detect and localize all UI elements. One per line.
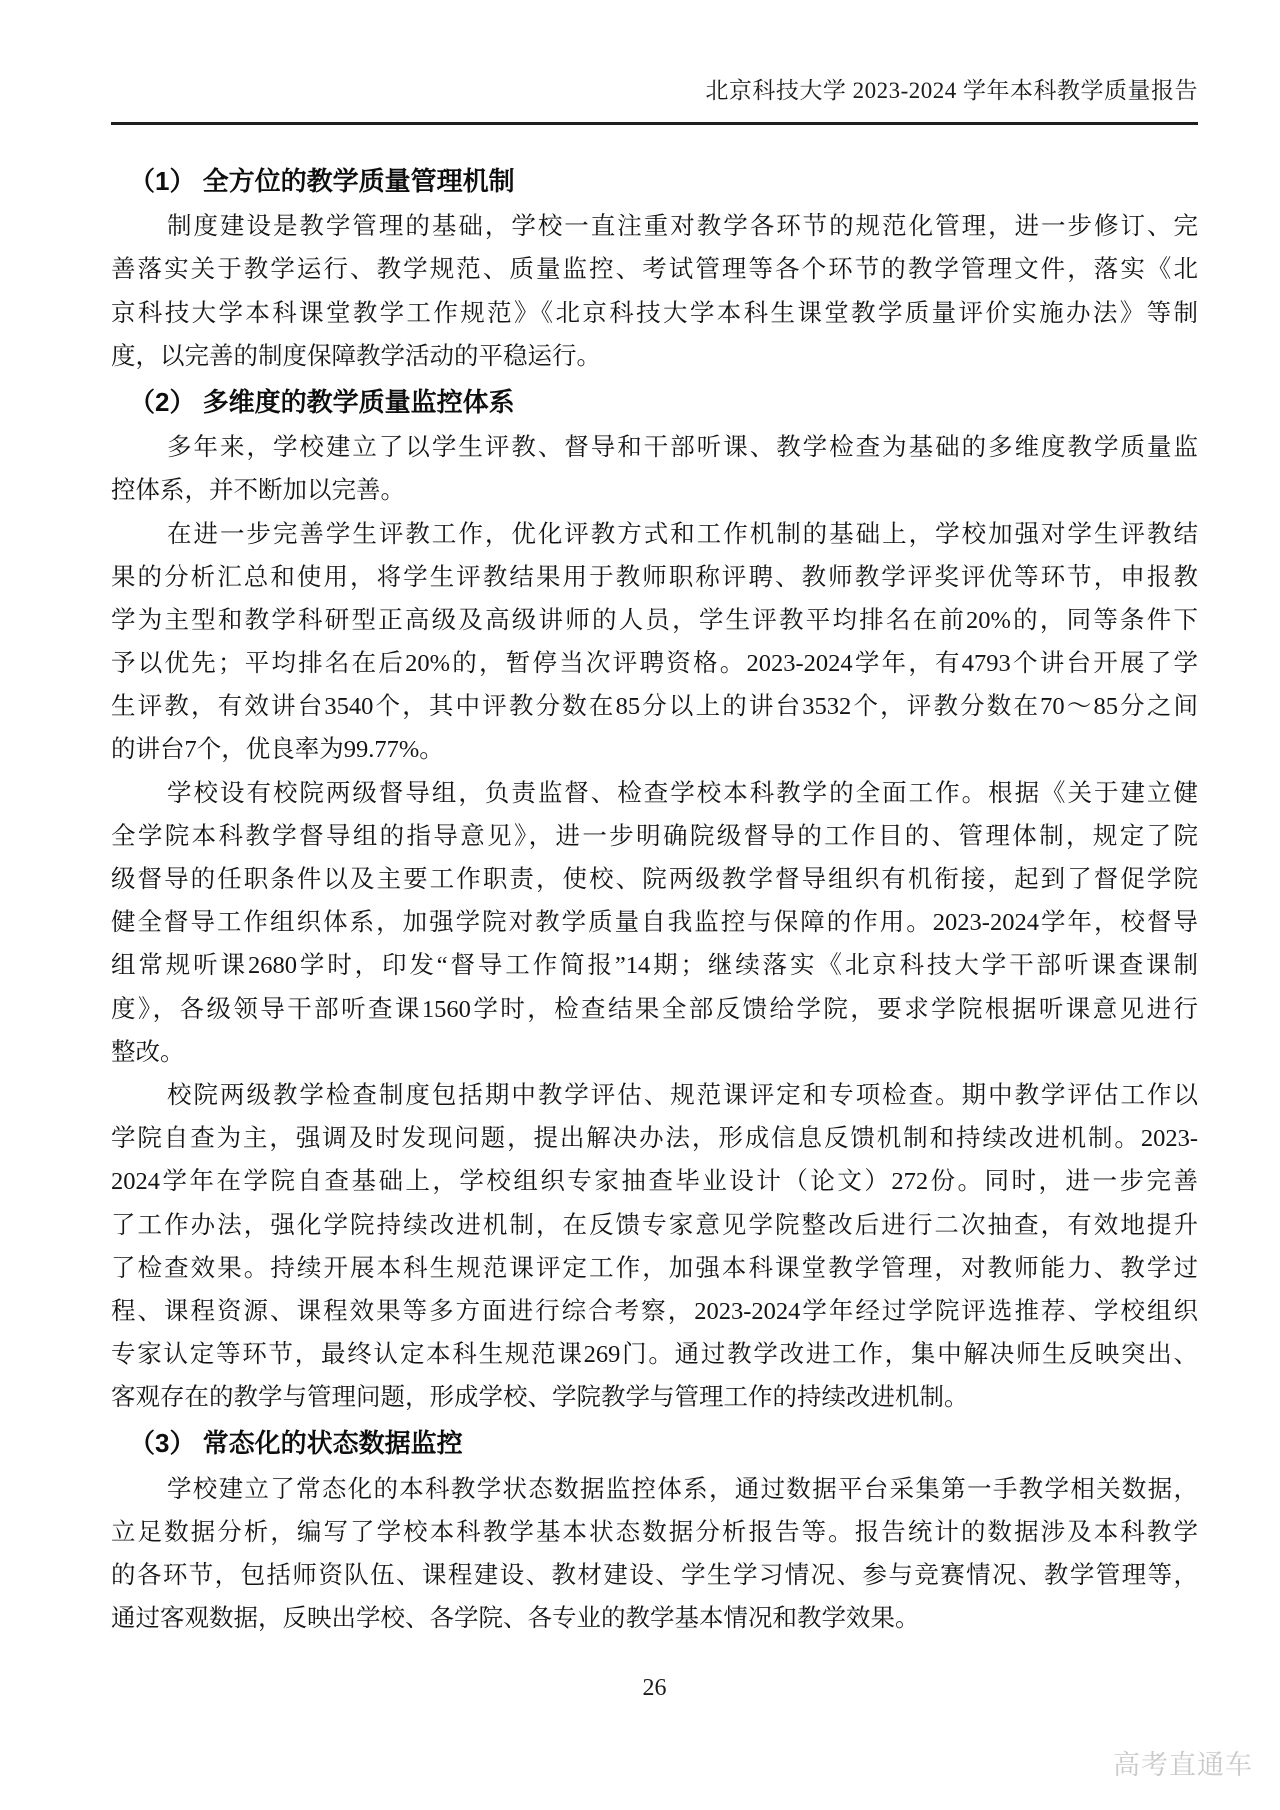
text-line: 学校建立了常态化的本科教学状态数据监控体系，通过数据平台采集第一手教学相关数据， (111, 1468, 1198, 1511)
text-line: 予以优先；平均排名在后20%的，暂停当次评聘资格。2023-2024学年，有47… (111, 642, 1198, 685)
text-line: 了检查效果。持续开展本科生规范课评定工作，加强本科课堂教学管理，对教师能力、教学… (111, 1247, 1198, 1290)
text-line: 善落实关于教学运行、教学规范、质量监控、考试管理等各个环节的教学管理文件，落实《… (111, 248, 1198, 291)
text-line: 学校设有校院两级督导组，负责监督、检查学校本科教学的全面工作。根据《关于建立健 (111, 772, 1198, 815)
text-line: 了工作办法，强化学院持续改进机制，在反馈专家意见学院整改后进行二次抽查，有效地提… (111, 1204, 1198, 1247)
text-line: 客观存在的教学与管理问题，形成学校、学院教学与管理工作的持续改进机制。 (111, 1376, 1198, 1419)
text-line: 生评教，有效讲台3540个，其中评教分数在85分以上的讲台3532个，评教分数在… (111, 685, 1198, 728)
text-line: 组常规听课2680学时，印发“督导工作简报”14期；继续落实《北京科技大学干部听… (111, 944, 1198, 987)
report-title: 北京科技大学 2023-2024 学年本科教学质量报告 (705, 78, 1198, 103)
text-line: 的各环节，包括师资队伍、课程建设、教材建设、学生学习情况、参与竞赛情况、教学管理… (111, 1554, 1198, 1597)
page-header: 北京科技大学 2023-2024 学年本科教学质量报告 (111, 0, 1198, 106)
text-line: 学为主型和教学科研型正高级及高级讲师的人员，学生评教平均排名在前20%的，同等条… (111, 599, 1198, 642)
document-page: 北京科技大学 2023-2024 学年本科教学质量报告 （1） 全方位的教学质量… (111, 0, 1198, 1703)
section-heading-1: （1） 全方位的教学质量管理机制 (111, 160, 1198, 203)
paragraph-5: 校院两级教学检查制度包括期中教学评估、规范课评定和专项检查。期中教学评估工作以 … (111, 1074, 1198, 1420)
text-line: 京科技大学本科课堂教学工作规范》《北京科技大学本科生课堂教学质量评价实施办法》等… (111, 292, 1198, 335)
header-rule (111, 122, 1198, 125)
text-line: 整改。 (111, 1031, 1198, 1074)
text-line: 健全督导工作组织体系，加强学院对教学质量自我监控与保障的作用。2023-2024… (111, 901, 1198, 944)
text-line: 级督导的任职条件以及主要工作职责，使校、院两级教学督导组织有机衔接，起到了督促学… (111, 858, 1198, 901)
text-line: 通过客观数据，反映出学校、各学院、各专业的教学基本情况和教学效果。 (111, 1597, 1198, 1640)
text-line: 校院两级教学检查制度包括期中教学评估、规范课评定和专项检查。期中教学评估工作以 (111, 1074, 1198, 1117)
text-line: 果的分析汇总和使用，将学生评教结果用于教师职称评聘、教师教学评奖评优等环节，申报… (111, 556, 1198, 599)
text-line: 程、课程资源、课程效果等多方面进行综合考察，2023-2024学年经过学院评选推… (111, 1290, 1198, 1333)
text-line: 全学院本科教学督导组的指导意见》，进一步明确院级督导的工作目的、管理体制，规定了… (111, 815, 1198, 858)
paragraph-4: 学校设有校院两级督导组，负责监督、检查学校本科教学的全面工作。根据《关于建立健 … (111, 772, 1198, 1074)
paragraph-1: 制度建设是教学管理的基础，学校一直注重对教学各环节的规范化管理，进一步修订、完 … (111, 205, 1198, 378)
paragraph-3: 在进一步完善学生评教工作，优化评教方式和工作机制的基础上，学校加强对学生评教结 … (111, 513, 1198, 772)
section-heading-2: （2） 多维度的教学质量监控体系 (111, 381, 1198, 424)
paragraph-2: 多年来，学校建立了以学生评教、督导和干部听课、教学检查为基础的多维度教学质量监 … (111, 426, 1198, 512)
text-line: 的讲台7个，优良率为99.77%。 (111, 728, 1198, 771)
text-line: 学院自查为主，强调及时发现问题，提出解决办法，形成信息反馈机制和持续改进机制。2… (111, 1117, 1198, 1160)
text-line: 立足数据分析，编写了学校本科教学基本状态数据分析报告等。报告统计的数据涉及本科教… (111, 1511, 1198, 1554)
text-line: 多年来，学校建立了以学生评教、督导和干部听课、教学检查为基础的多维度教学质量监 (111, 426, 1198, 469)
text-line: 度，以完善的制度保障教学活动的平稳运行。 (111, 335, 1198, 378)
watermark-text: 高考直通车 (1113, 1750, 1253, 1780)
text-line: 制度建设是教学管理的基础，学校一直注重对教学各环节的规范化管理，进一步修订、完 (111, 205, 1198, 248)
paragraph-6: 学校建立了常态化的本科教学状态数据监控体系，通过数据平台采集第一手教学相关数据，… (111, 1468, 1198, 1641)
text-line: 在进一步完善学生评教工作，优化评教方式和工作机制的基础上，学校加强对学生评教结 (111, 513, 1198, 556)
text-line: 度》，各级领导干部听查课1560学时，检查结果全部反馈给学院，要求学院根据听课意… (111, 988, 1198, 1031)
page-number: 26 (111, 1673, 1198, 1703)
text-line: 2024学年在学院自查基础上，学校组织专家抽查毕业设计（论文）272份。同时，进… (111, 1160, 1198, 1203)
text-line: 专家认定等环节，最终认定本科生规范课269门。通过教学改进工作，集中解决师生反映… (111, 1333, 1198, 1376)
text-line: 控体系，并不断加以完善。 (111, 469, 1198, 512)
section-heading-3: （3） 常态化的状态数据监控 (111, 1422, 1198, 1465)
